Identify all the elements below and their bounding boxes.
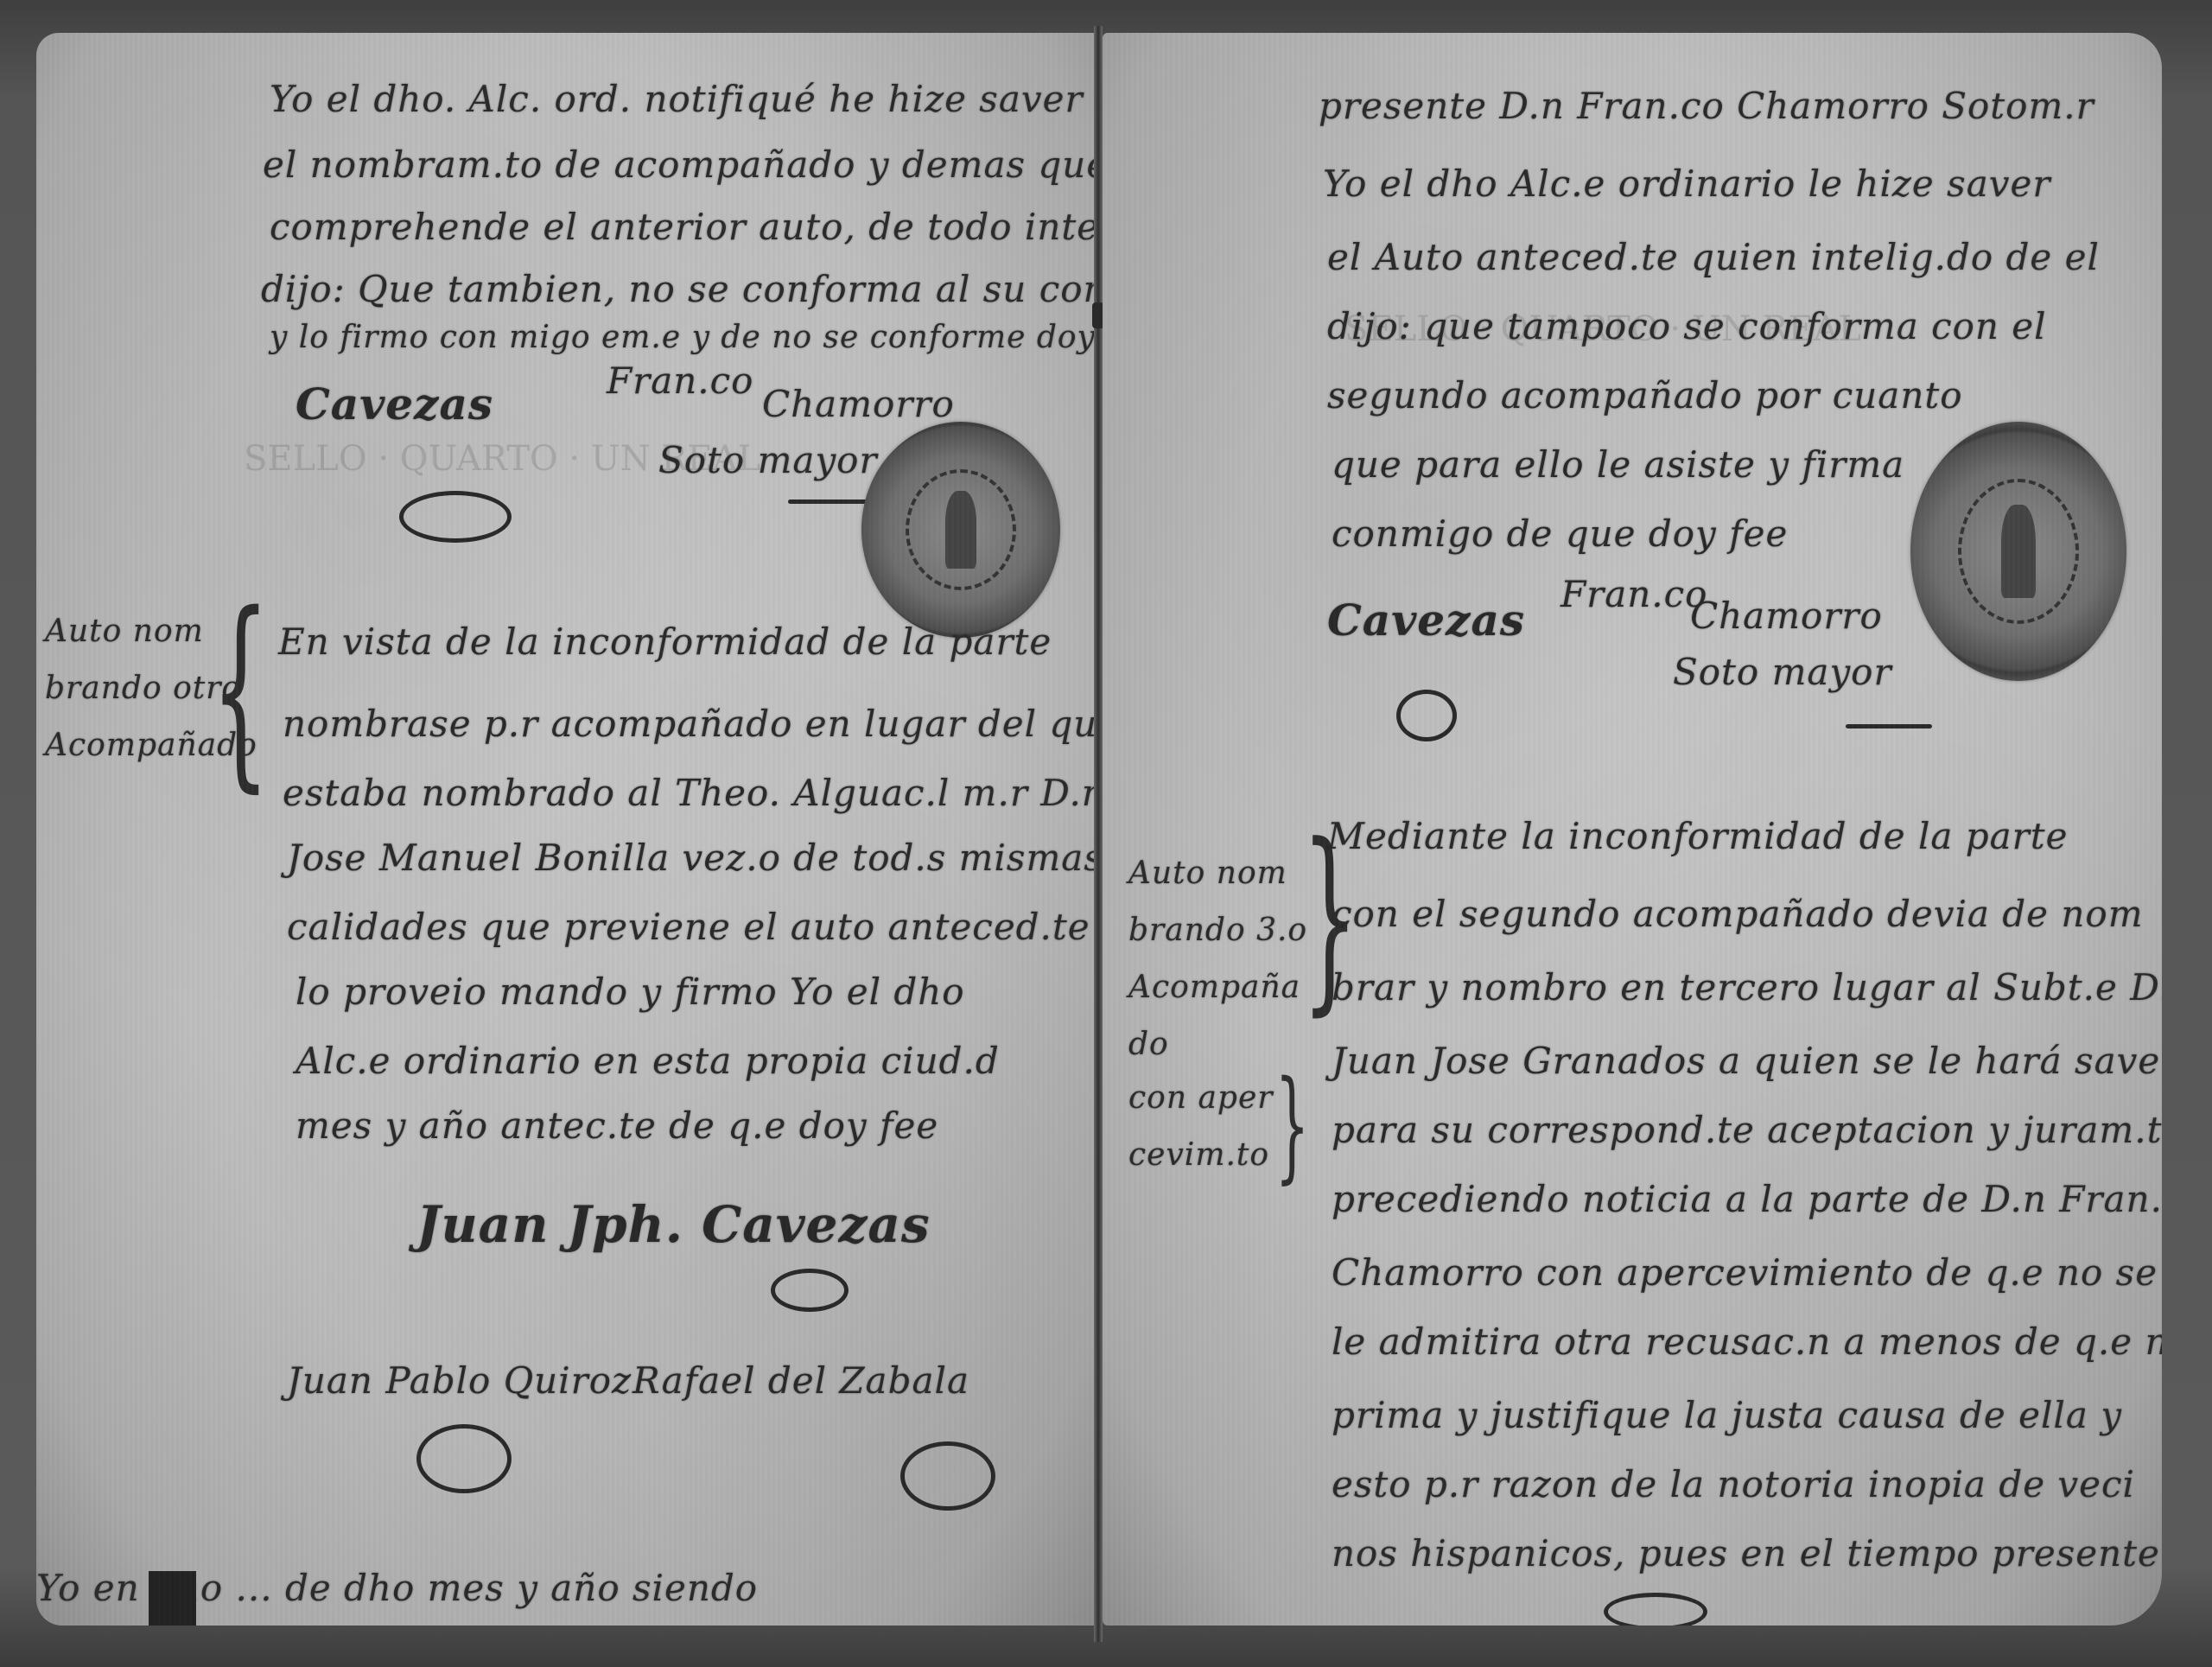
page-fold <box>1094 26 1103 1642</box>
seal-left <box>861 422 1060 638</box>
margin-brace: } <box>1274 1066 1309 1187</box>
right-body-top-line: que para ello le asiste y firma <box>1332 443 1904 486</box>
right-auto-line: precediendo noticia a la parte de D.n Fr… <box>1332 1178 2162 1220</box>
left-auto-line: En vista de la inconformidad de la parte <box>278 620 1052 663</box>
right-page: SELLO · QUARTO · UN REAL presente D.n Fr… <box>1103 33 2162 1626</box>
left-body-top-line: dijo: Que tambien, no se conforma al su … <box>261 268 1097 310</box>
rubric-flourish <box>1396 690 1457 741</box>
left-auto-line: lo proveio mando y firmo Yo el dho <box>296 970 965 1013</box>
signature-name-line: Chamorro <box>1690 595 1883 637</box>
right-auto-line: brar y nombro en tercero lugar al Subt.e… <box>1332 966 2162 1008</box>
signature-cavezas-top: Cavezas <box>296 379 493 429</box>
witness-signature: Rafael del Zabala <box>632 1359 969 1402</box>
right-auto-line: le admitira otra recusac.n a menos de q.… <box>1332 1320 2162 1363</box>
rubric-flourish <box>771 1269 849 1312</box>
ink-dash <box>1846 724 1932 729</box>
rubric-flourish <box>900 1441 995 1511</box>
ink-stain <box>149 1571 196 1626</box>
left-page: SELLO · QUARTO · UN REAL Yo el dho. Alc.… <box>36 33 1097 1626</box>
left-auto-line: Alc.e ordinario en esta propia ciud.d <box>296 1040 1000 1082</box>
right-auto-line: Chamorro con apercevimiento de q.e no se <box>1332 1251 2158 1294</box>
witness-signature: Juan Pablo Quiroz <box>287 1359 632 1402</box>
left-auto-line: nombrase p.r acompañado en lugar del que <box>283 703 1097 745</box>
right-auto-line: prima y justifique la justa causa de ell… <box>1332 1394 2122 1436</box>
rubric-flourish <box>416 1424 512 1493</box>
left-body-top-line: el nombram.to de acompañado y demas que <box>263 143 1097 186</box>
right-auto-line: Juan Jose Granados a quien se le hará sa… <box>1332 1040 2162 1082</box>
right-auto-line: esto p.r razon de la notoria inopia de v… <box>1332 1463 2135 1505</box>
rubric-flourish <box>399 491 512 543</box>
seal-emblem <box>945 491 977 569</box>
signature-cavezas-top: Cavezas <box>1327 595 1525 646</box>
rubric-flourish <box>1604 1593 1707 1626</box>
left-auto-line: estaba nombrado al Theo. Alguac.l m.r D.… <box>283 772 1097 814</box>
left-body-top-line: y lo firmo con migo em.e y de no se conf… <box>270 320 1097 355</box>
signature-name-line: Soto mayor <box>1673 651 1892 693</box>
margin-note-apercevimiento: con aper cevim.to <box>1128 1070 1274 1184</box>
signature-name-line: Soto mayor <box>658 439 878 481</box>
right-auto-line: para su correspond.te aceptacion y juram… <box>1332 1109 2162 1151</box>
right-body-top-line: Yo el dho Alc.e ordinario le hize saver <box>1323 162 2050 205</box>
right-body-top-line: conmigo de que doy fee <box>1332 512 1788 555</box>
right-body-top-line: el Auto anteced.te quien intelig.do de e… <box>1327 236 2100 278</box>
signature-juan-jph-cavezas: Juan Jph. Cavezas <box>416 1195 931 1254</box>
right-auto-line: con el segundo acompañado devia de nom <box>1332 893 2144 935</box>
left-auto-line: Jose Manuel Bonilla vez.o de tod.s misma… <box>287 837 1097 879</box>
margin-note-auto: Auto nom brando 3.o Acompaña do <box>1128 845 1307 1073</box>
seal-right <box>1910 422 2126 681</box>
left-body-top-line: Yo el dho. Alc. ord. notifiqué he hize s… <box>270 78 1084 120</box>
right-auto-line: nos hispanicos, pues en el tiempo presen… <box>1332 1532 2160 1575</box>
right-body-top-line: presente D.n Fran.co Chamorro Sotom.r <box>1319 85 2094 127</box>
seal-emblem <box>2001 505 2036 598</box>
signature-name-line: Fran.co <box>607 359 753 402</box>
right-auto-line: Mediante la inconformidad de la parte <box>1327 815 2069 857</box>
margin-brace: { <box>211 586 270 793</box>
left-bottom-line: Yo en dho ... de dho mes y año siendo <box>36 1567 758 1609</box>
signature-name-line: Chamorro <box>762 383 955 425</box>
left-body-top-line: comprehende el anterior auto, de todo in… <box>270 206 1097 248</box>
left-auto-line: mes y año antec.te de q.e doy fee <box>296 1104 938 1147</box>
right-body-top-line: segundo acompañado por cuanto <box>1327 374 1963 417</box>
left-auto-line: calidades que previene el auto anteced.t… <box>287 906 1097 948</box>
right-body-top-line: dijo: que tampoco se conforma con el <box>1327 305 2047 347</box>
signature-name-line: Fran.co <box>1560 573 1707 615</box>
